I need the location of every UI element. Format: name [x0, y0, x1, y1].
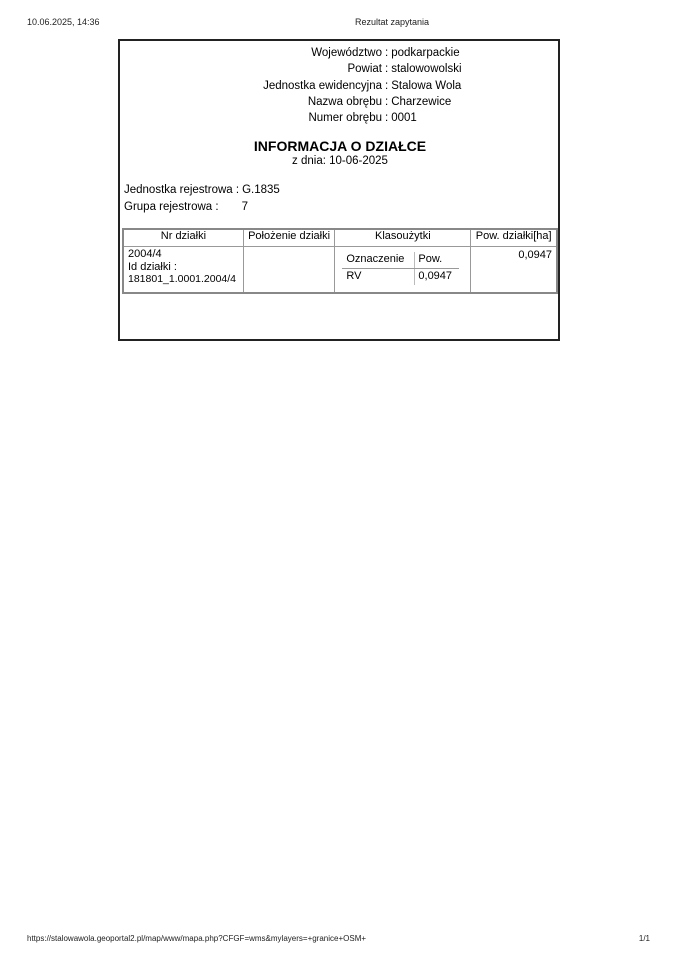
registration-unit-value: G.1835: [242, 182, 280, 199]
klasouzytki-pow: 0,0947: [415, 269, 459, 286]
parcel-id-label: Id działki :: [128, 261, 240, 274]
location-label: Numer obrębu: [120, 110, 382, 126]
header-nr-dzialki: Nr działki: [123, 229, 243, 247]
location-label: Województwo: [120, 45, 382, 61]
location-separator: :: [382, 78, 391, 94]
cell-pow-dzialki: 0,0947: [471, 247, 557, 294]
klasouzytki-header-oznaczenie: Oznaczenie: [342, 252, 415, 269]
location-separator: :: [382, 61, 391, 77]
klasouzytki-table: Oznaczenie Pow. RV 0,0947: [342, 252, 459, 285]
cell-klasouzytki: Oznaczenie Pow. RV 0,0947: [335, 247, 471, 294]
header-pow-dzialki: Pow. działki[ha]: [471, 229, 557, 247]
klasouzytki-row: RV 0,0947: [342, 269, 459, 286]
parcel-id-value: 181801_1.0001.2004/4: [128, 273, 240, 286]
cell-nr-dzialki: 2004/4 Id działki : 181801_1.0001.2004/4: [123, 247, 243, 294]
print-page-number: 1/1: [639, 934, 650, 943]
header-klasouzytki: Klasoużytki: [335, 229, 471, 247]
location-row-nazwa-obrebu: Nazwa obrębu : Charzewice: [120, 94, 558, 110]
registration-unit-label: Jednostka rejestrowa :: [124, 182, 239, 199]
registration-block: Jednostka rejestrowa : G.1835 Grupa reje…: [124, 182, 280, 216]
location-label: Jednostka ewidencyjna: [120, 78, 382, 94]
location-separator: :: [382, 45, 391, 61]
registration-group-value: 7: [242, 199, 248, 216]
report-frame: Województwo : podkarpackie Powiat : stal…: [118, 39, 560, 341]
report-title: INFORMACJA O DZIAŁCE: [120, 138, 560, 154]
location-value: stalowowolski: [391, 61, 558, 77]
report-date: z dnia: 10-06-2025: [120, 155, 560, 167]
header-polozenie: Położenie działki: [243, 229, 335, 247]
location-row-jednostka: Jednostka ewidencyjna : Stalowa Wola: [120, 78, 558, 94]
location-value: podkarpackie: [391, 45, 558, 61]
registration-unit-row: Jednostka rejestrowa : G.1835: [124, 182, 280, 199]
location-separator: :: [382, 110, 391, 126]
print-footer-url: https://stalowawola.geoportal2.pl/map/ww…: [27, 934, 366, 943]
print-page-title: Rezultat zapytania: [0, 17, 678, 27]
location-block: Województwo : podkarpackie Powiat : stal…: [120, 45, 558, 126]
klasouzytki-oznaczenie: RV: [342, 269, 415, 286]
parcel-number: 2004/4: [128, 248, 240, 261]
location-row-powiat: Powiat : stalowowolski: [120, 61, 558, 77]
location-value: Stalowa Wola: [391, 78, 558, 94]
klasouzytki-header: Oznaczenie Pow.: [342, 252, 459, 269]
location-row-wojewodztwo: Województwo : podkarpackie: [120, 45, 558, 61]
location-value: 0001: [391, 110, 558, 126]
table-row: 2004/4 Id działki : 181801_1.0001.2004/4…: [123, 247, 557, 294]
klasouzytki-header-pow: Pow.: [415, 252, 459, 269]
registration-group-row: Grupa rejestrowa : 7: [124, 199, 280, 216]
location-value: Charzewice: [391, 94, 558, 110]
location-separator: :: [382, 94, 391, 110]
location-label: Powiat: [120, 61, 382, 77]
location-label: Nazwa obrębu: [120, 94, 382, 110]
cell-polozenie: [243, 247, 335, 294]
parcel-table-header: Nr działki Położenie działki Klasoużytki…: [123, 229, 557, 247]
location-row-numer-obrebu: Numer obrębu : 0001: [120, 110, 558, 126]
parcel-table: Nr działki Położenie działki Klasoużytki…: [122, 228, 558, 294]
registration-group-label: Grupa rejestrowa :: [124, 199, 219, 216]
